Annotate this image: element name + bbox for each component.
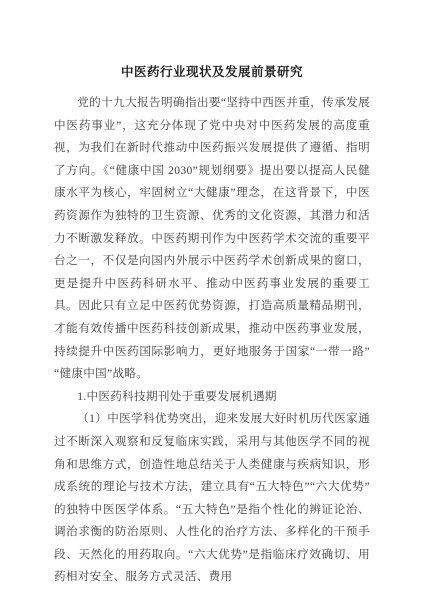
document-page: 中医药行业现状及发展前景研究 党的十九大报告明确指出要“坚持中西医并重，传承发展… bbox=[0, 0, 424, 600]
intro-paragraph: 党的十九大报告明确指出要“坚持中西医并重，传承发展中医药事业”，这充分体现了党中… bbox=[54, 92, 370, 386]
section-heading: 1.中医药科技期刊处于重要发展机遇期 bbox=[54, 386, 370, 409]
document-body: 党的十九大报告明确指出要“坚持中西医并重，传承发展中医药事业”，这充分体现了党中… bbox=[54, 92, 370, 589]
document-title: 中医药行业现状及发展前景研究 bbox=[54, 66, 370, 79]
section-paragraph: （1）中医学科优势突出，迎来发展大好时机历代医家通过不断深入观察和反复临床实践，… bbox=[54, 408, 370, 589]
